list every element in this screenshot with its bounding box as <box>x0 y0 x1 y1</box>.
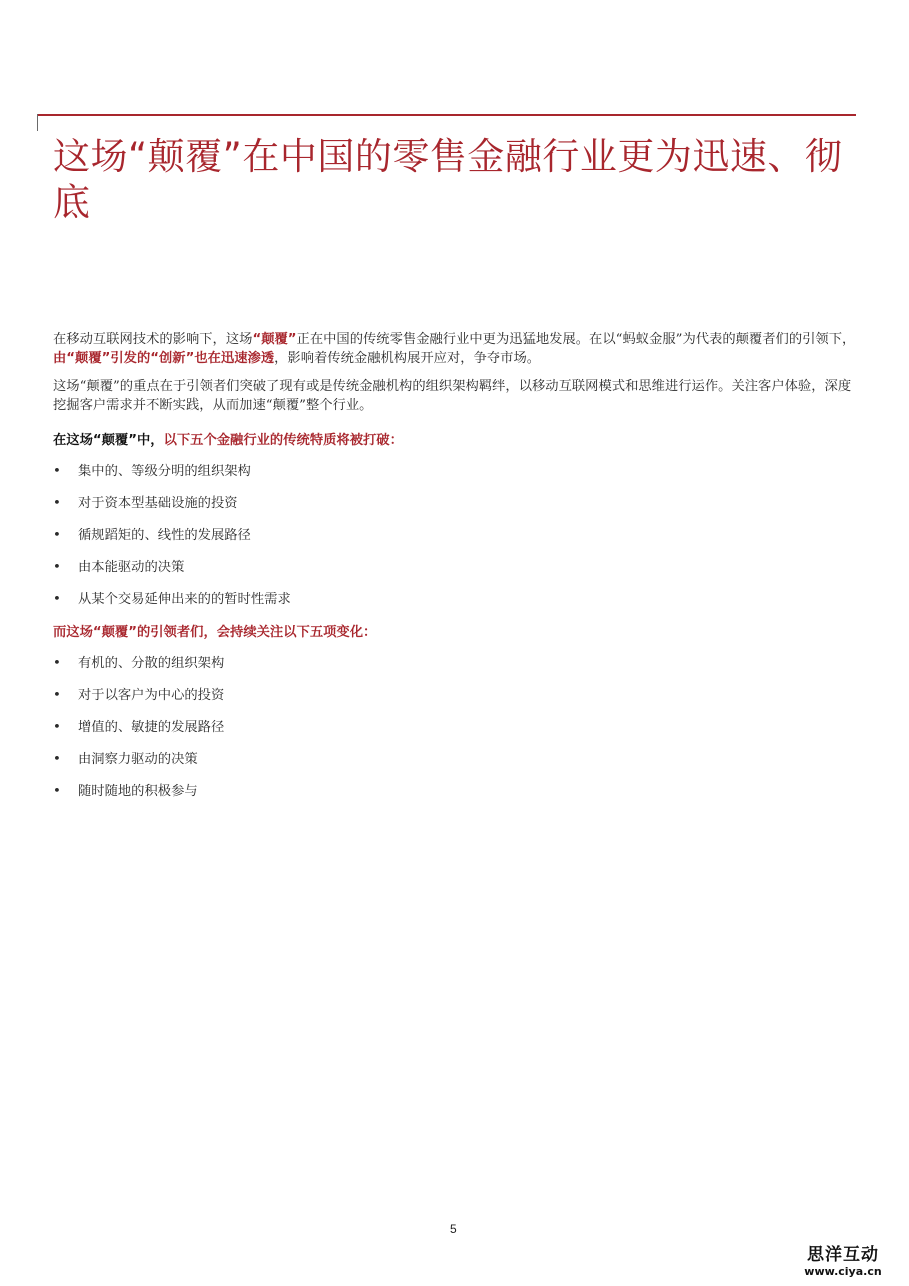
intro-text-e: ，影响着传统金融机构展开应对，争夺市场。 <box>274 351 540 366</box>
intro-text-c: 正在中国的传统零售金融行业中更为迅猛地发展。在以“蚂蚁金服”为代表的颠覆者们的引… <box>297 332 856 347</box>
bullet-icon: • <box>53 654 78 686</box>
list-item: •循规蹈矩的、线性的发展路径 <box>53 526 291 558</box>
list-item: •增值的、敏捷的发展路径 <box>53 718 224 750</box>
list-item-text: 对于资本型基础设施的投资 <box>78 494 238 526</box>
list-item-text: 增值的、敏捷的发展路径 <box>78 718 224 750</box>
bullet-icon: • <box>53 558 78 590</box>
heading1-red: 以下五个金融行业的传统特质将被打破： <box>164 433 403 448</box>
list-item-text: 有机的、分散的组织架构 <box>78 654 224 686</box>
leader-focus-list: •有机的、分散的组织架构 •对于以客户为中心的投资 •增值的、敏捷的发展路径 •… <box>53 654 224 814</box>
leader-focus-heading: 而这场“颠覆”的引领者们，会持续关注以下五项变化： <box>53 623 863 642</box>
bullet-icon: • <box>53 686 78 718</box>
watermark: 思洋互动 www.ciya.cn <box>793 1246 893 1278</box>
list-item-text: 对于以客户为中心的投资 <box>78 686 224 718</box>
traditional-traits-list: •集中的、等级分明的组织架构 •对于资本型基础设施的投资 •循规蹈矩的、线性的发… <box>53 462 291 622</box>
traditional-traits-heading: 在这场“颠覆”中，以下五个金融行业的传统特质将被打破： <box>53 431 863 450</box>
heading1-black: 在这场“颠覆”中， <box>53 433 164 448</box>
list-item-text: 从某个交易延伸出来的的暂时性需求 <box>78 590 291 622</box>
list-item: •由本能驱动的决策 <box>53 558 291 590</box>
list-item: •对于以客户为中心的投资 <box>53 686 224 718</box>
list-item: •由洞察力驱动的决策 <box>53 750 224 782</box>
list-item-text: 由洞察力驱动的决策 <box>78 750 198 782</box>
watermark-url: www.ciya.cn <box>793 1265 893 1278</box>
bullet-icon: • <box>53 494 78 526</box>
list-item: •随时随地的积极参与 <box>53 782 224 814</box>
page-number: 5 <box>450 1222 457 1236</box>
watermark-name: 思洋互动 <box>793 1246 893 1265</box>
list-item-text: 随时随地的积极参与 <box>78 782 198 814</box>
list-item-text: 集中的、等级分明的组织架构 <box>78 462 251 494</box>
list-item: •有机的、分散的组织架构 <box>53 654 224 686</box>
bullet-icon: • <box>53 526 78 558</box>
list-item: •从某个交易延伸出来的的暂时性需求 <box>53 590 291 622</box>
focus-paragraph: 这场“颠覆”的重点在于引领者们突破了现有或是传统金融机构的组织架构羁绊，以移动互… <box>53 377 863 415</box>
title-rule-tick <box>37 114 38 131</box>
intro-highlight-disruption: “颠覆” <box>252 332 296 347</box>
intro-highlight-innovation: 由“颠覆”引发的“创新”也在迅速渗透 <box>53 351 274 366</box>
list-item-text: 循规蹈矩的、线性的发展路径 <box>78 526 251 558</box>
intro-paragraph: 在移动互联网技术的影响下，这场“颠覆”正在中国的传统零售金融行业中更为迅猛地发展… <box>53 330 863 368</box>
bullet-icon: • <box>53 782 78 814</box>
bullet-icon: • <box>53 462 78 494</box>
bullet-icon: • <box>53 750 78 782</box>
heading2-red: 而这场“颠覆”的引领者们，会持续关注以下五项变化： <box>53 625 376 640</box>
bullet-icon: • <box>53 718 78 750</box>
bullet-icon: • <box>53 590 78 622</box>
list-item: •对于资本型基础设施的投资 <box>53 494 291 526</box>
intro-text-a: 在移动互联网技术的影响下，这场 <box>53 332 252 347</box>
page-title: 这场“颠覆”在中国的零售金融行业更为迅速、彻底 <box>53 134 853 226</box>
list-item: •集中的、等级分明的组织架构 <box>53 462 291 494</box>
list-item-text: 由本能驱动的决策 <box>78 558 184 590</box>
title-rule <box>37 114 856 116</box>
